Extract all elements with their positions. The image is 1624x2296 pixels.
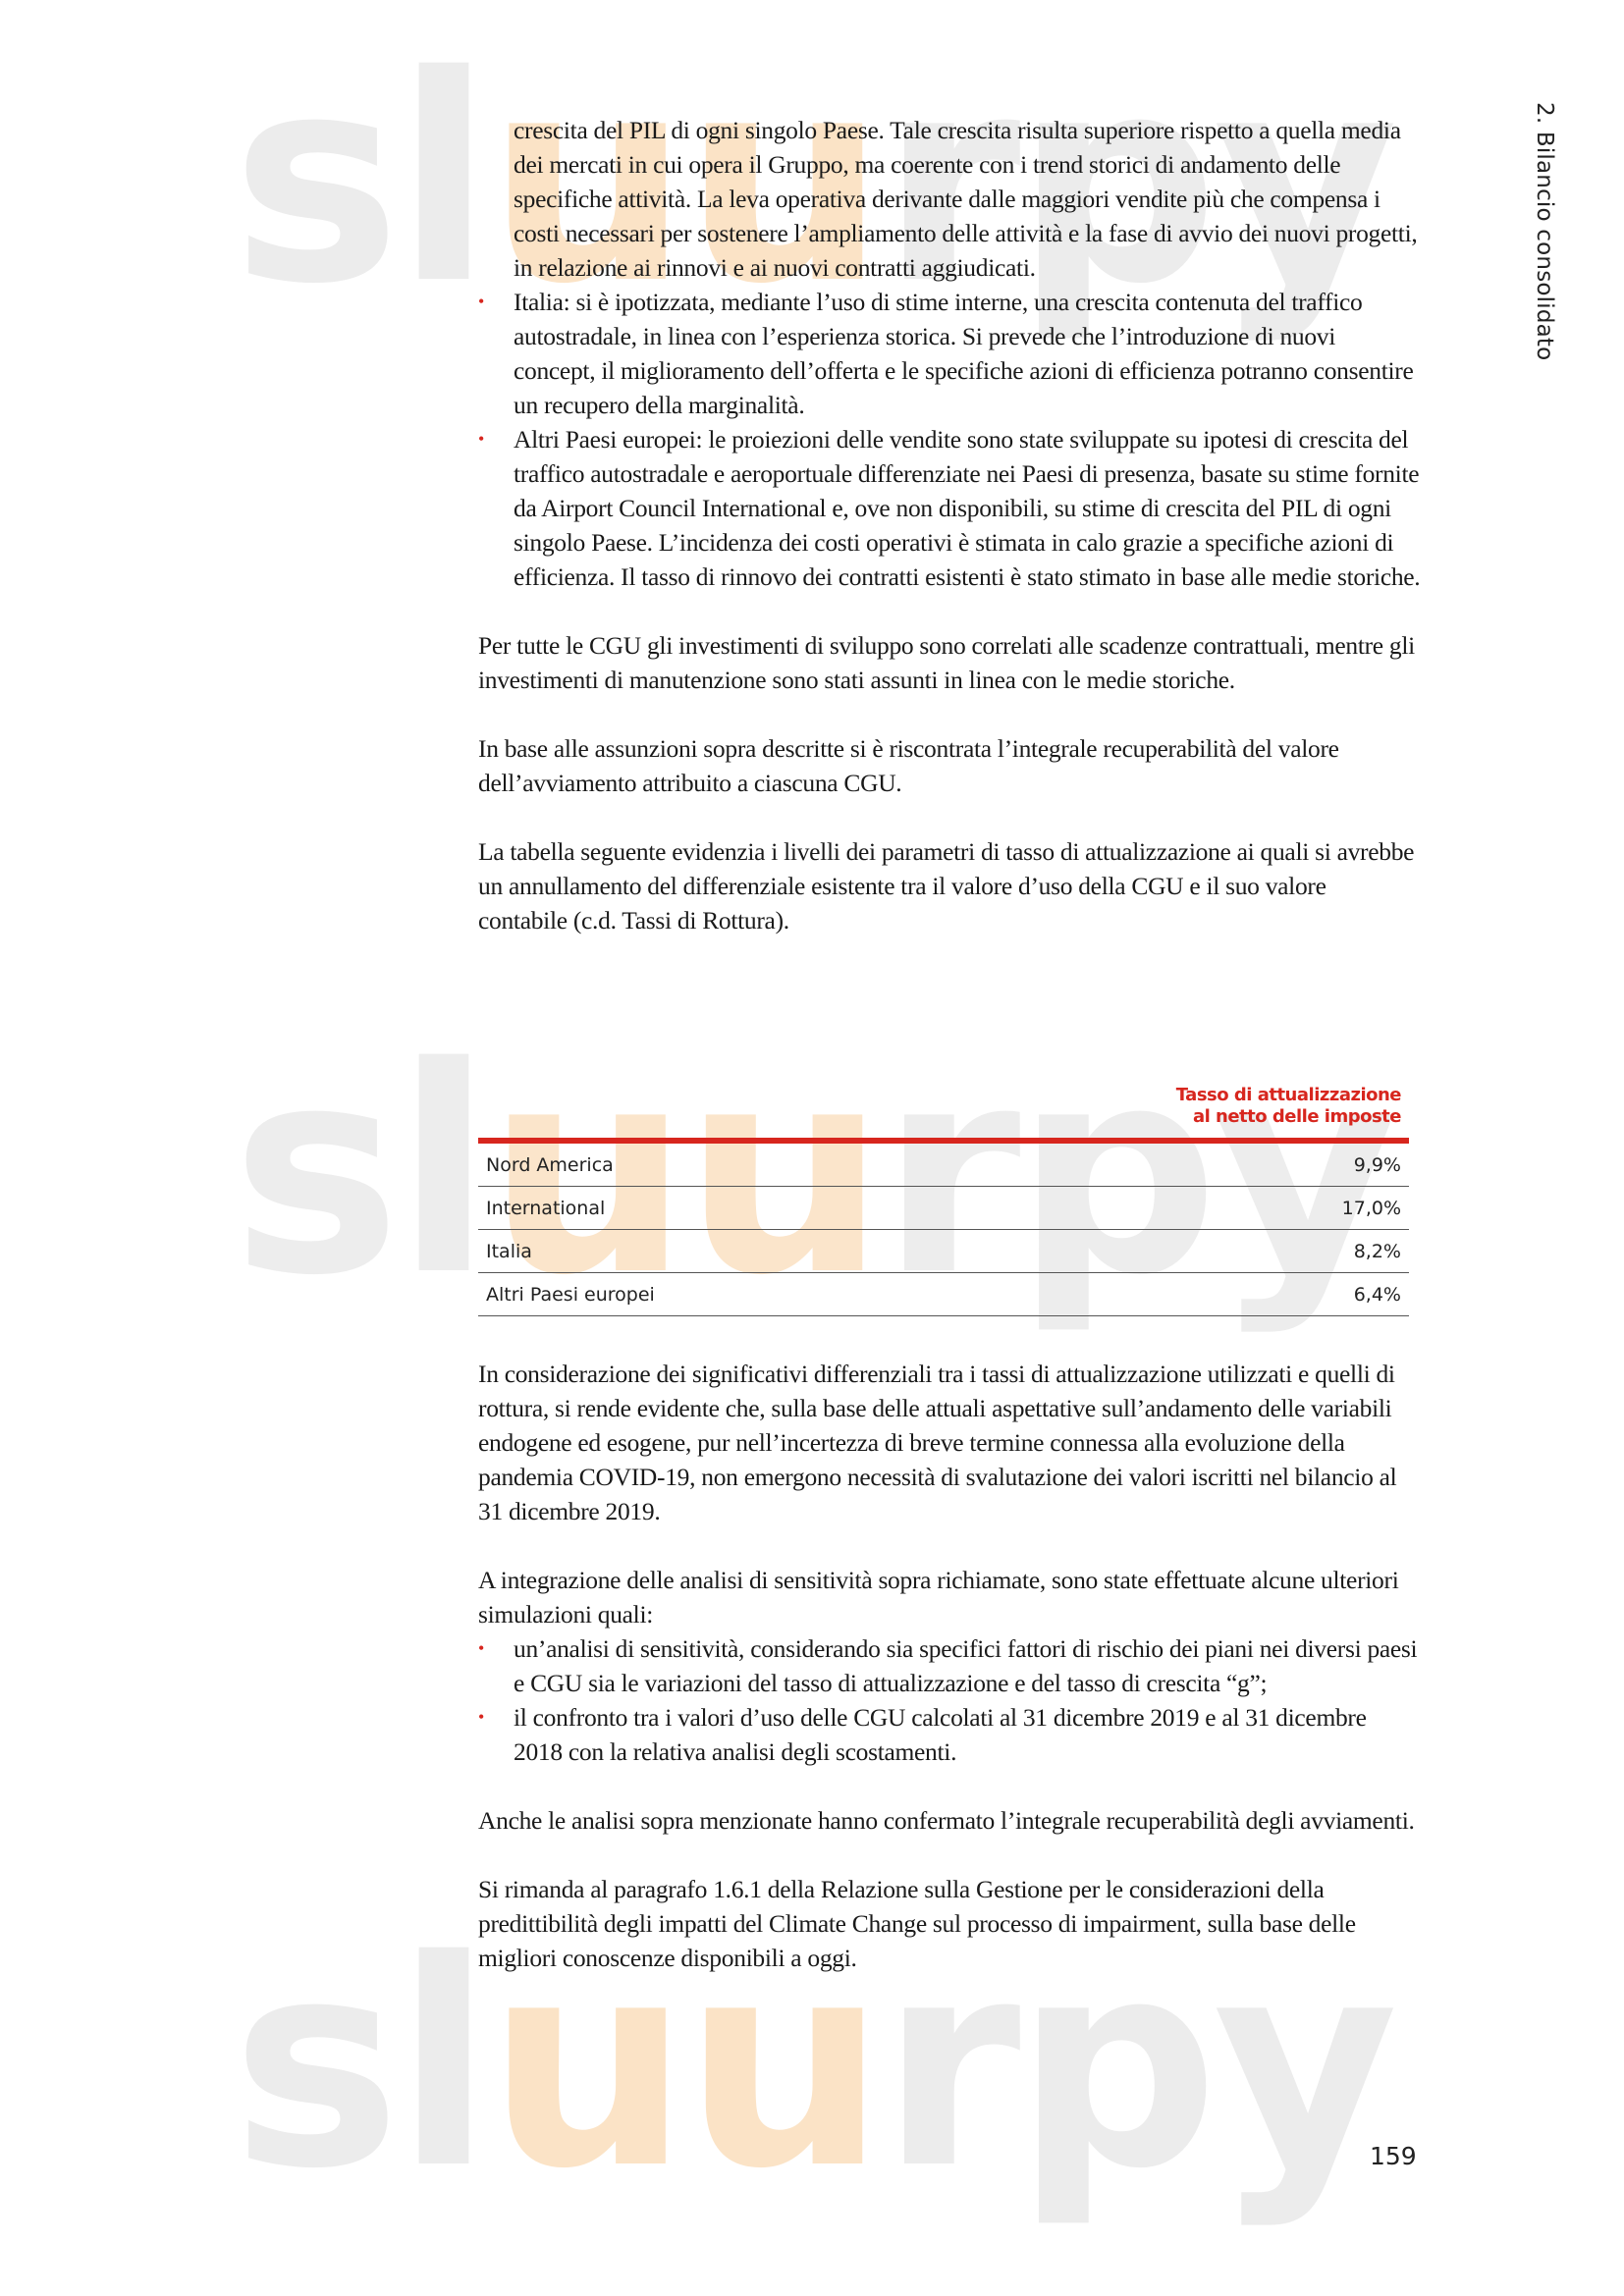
table-row: International17,0% (478, 1187, 1409, 1230)
paragraph: Per tutte le CGU gli investimenti di svi… (478, 628, 1421, 697)
row-value: 8,2% (1140, 1230, 1409, 1273)
discount-rate-table: Tasso di attualizzazione al netto delle … (478, 1085, 1409, 1316)
text-block-top: crescita del PIL di ogni singolo Paese. … (478, 113, 1421, 972)
paragraph: Anche le analisi sopra menzionate hanno … (478, 1803, 1421, 1838)
list-item: •Italia: si è ipotizzata, mediante l’uso… (478, 285, 1421, 422)
list-item-text: Italia: si è ipotizzata, mediante l’uso … (514, 288, 1414, 419)
table-column-header: Tasso di attualizzazione al netto delle … (478, 1085, 1409, 1128)
page-number: 159 (1370, 2142, 1414, 2170)
row-label: Altri Paesi europei (478, 1273, 1140, 1316)
bullet-list: •Italia: si è ipotizzata, mediante l’uso… (478, 285, 1421, 594)
paragraph: La tabella seguente evidenzia i livelli … (478, 834, 1421, 937)
row-value: 6,4% (1140, 1273, 1409, 1316)
section-title: 2. Bilancio consolidato (1532, 102, 1557, 360)
row-value: 9,9% (1140, 1144, 1409, 1187)
row-label: Italia (478, 1230, 1140, 1273)
list-item: •un’analisi di sensitività, considerando… (478, 1631, 1421, 1700)
row-value: 17,0% (1140, 1187, 1409, 1230)
header-line: al netto delle imposte (478, 1106, 1401, 1128)
bullet-list: •un’analisi di sensitività, considerando… (478, 1631, 1421, 1769)
row-label: Nord America (478, 1144, 1140, 1187)
paragraph: A integrazione delle analisi di sensitiv… (478, 1563, 1421, 1631)
bullet-icon: • (478, 1631, 484, 1666)
list-item: •Altri Paesi europei: le proiezioni dell… (478, 422, 1421, 594)
paragraph: In considerazione dei significativi diff… (478, 1357, 1421, 1528)
list-item-text: un’analisi di sensitività, considerando … (514, 1634, 1417, 1697)
header-line: Tasso di attualizzazione (478, 1085, 1401, 1106)
bullet-icon: • (478, 422, 484, 456)
table-row: Altri Paesi europei6,4% (478, 1273, 1409, 1316)
list-item: •il confronto tra i valori d’uso delle C… (478, 1700, 1421, 1769)
table-row: Nord America9,9% (478, 1144, 1409, 1187)
row-label: International (478, 1187, 1140, 1230)
bullet-icon: • (478, 1700, 484, 1735)
table-row: Italia8,2% (478, 1230, 1409, 1273)
paragraph: In base alle assunzioni sopra descritte … (478, 731, 1421, 800)
document-page: 2. Bilancio consolidato crescita del PIL… (0, 0, 1624, 2296)
text-block-bottom: In considerazione dei significativi diff… (478, 1357, 1421, 2009)
bullet-icon: • (478, 285, 484, 319)
list-item-text: Altri Paesi europei: le proiezioni delle… (514, 425, 1420, 591)
paragraph: Si rimanda al paragrafo 1.6.1 della Rela… (478, 1872, 1421, 1975)
list-item-text: il confronto tra i valori d’uso delle CG… (514, 1703, 1367, 1766)
bullet-continuation: crescita del PIL di ogni singolo Paese. … (478, 113, 1421, 285)
